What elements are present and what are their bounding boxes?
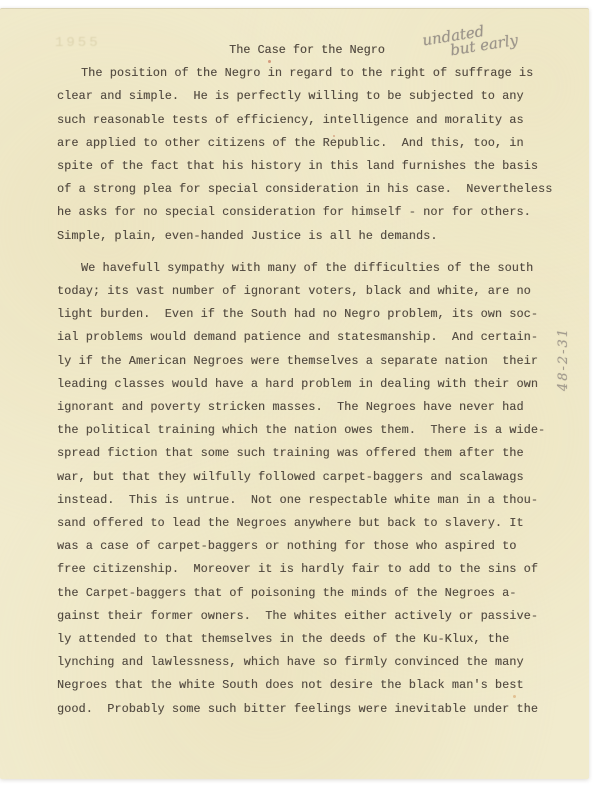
text-line: leading classes would have a hard proble… bbox=[57, 373, 557, 396]
text-line: he asks for no special consideration for… bbox=[57, 201, 557, 224]
text-line: ly attended to that themselves in the de… bbox=[57, 628, 557, 651]
text-line: We havefull sympathy with many of the di… bbox=[57, 257, 557, 280]
text-line: spread fiction that some such training w… bbox=[57, 442, 557, 465]
text-line: spite of the fact that his history in th… bbox=[57, 155, 557, 178]
text-line: of a strong plea for special considerati… bbox=[57, 178, 557, 201]
scan-surface: 1955 undated but early The Case for the … bbox=[0, 0, 600, 789]
text-line: ly if the American Negroes were themselv… bbox=[57, 350, 557, 373]
text-line: instead. This is untrue. Not one respect… bbox=[57, 489, 557, 512]
text-line: ial problems would demand patience and s… bbox=[57, 326, 557, 349]
text-line: The position of the Negro in regard to t… bbox=[57, 62, 557, 85]
paper-speck bbox=[333, 135, 335, 137]
text-line: ignorant and poverty stricken masses. Th… bbox=[57, 396, 557, 419]
text-line: gainst their former owners. The whites e… bbox=[57, 605, 557, 628]
document-title: The Case for the Negro bbox=[57, 39, 557, 62]
text-line: Negroes that the white South does not de… bbox=[57, 674, 557, 697]
text-line: are applied to other citizens of the Rep… bbox=[57, 132, 557, 155]
text-line: the political training which the nation … bbox=[57, 419, 557, 442]
text-line: the Carpet-baggers that of poisoning the… bbox=[57, 582, 557, 605]
text-line: lynching and lawlessness, which have so … bbox=[57, 651, 557, 674]
typewritten-content: The Case for the Negro The position of t… bbox=[57, 39, 557, 721]
document-page: 1955 undated but early The Case for the … bbox=[0, 8, 589, 779]
paragraph-1: The position of the Negro in regard to t… bbox=[57, 62, 557, 248]
paper-speck bbox=[513, 695, 516, 698]
text-line: was a case of carpet-baggers or nothing … bbox=[57, 535, 557, 558]
text-line: Simple, plain, even-handed Justice is al… bbox=[57, 225, 557, 248]
paper-speck bbox=[268, 60, 271, 63]
text-line: sand offered to lead the Negroes anywher… bbox=[57, 512, 557, 535]
text-line: free citizenship. Moreover it is hardly … bbox=[57, 558, 557, 581]
text-line: war, but that they wilfully followed car… bbox=[57, 466, 557, 489]
text-line: light burden. Even if the South had no N… bbox=[57, 303, 557, 326]
text-line: today; its vast number of ignorant voter… bbox=[57, 280, 557, 303]
paragraph-2: We havefull sympathy with many of the di… bbox=[57, 257, 557, 721]
text-line: such reasonable tests of efficiency, int… bbox=[57, 109, 557, 132]
pencil-catalog-number: 48-2-31 bbox=[556, 313, 572, 405]
text-line: good. Probably some such bitter feelings… bbox=[57, 698, 557, 721]
text-line: clear and simple. He is perfectly willin… bbox=[57, 85, 557, 108]
